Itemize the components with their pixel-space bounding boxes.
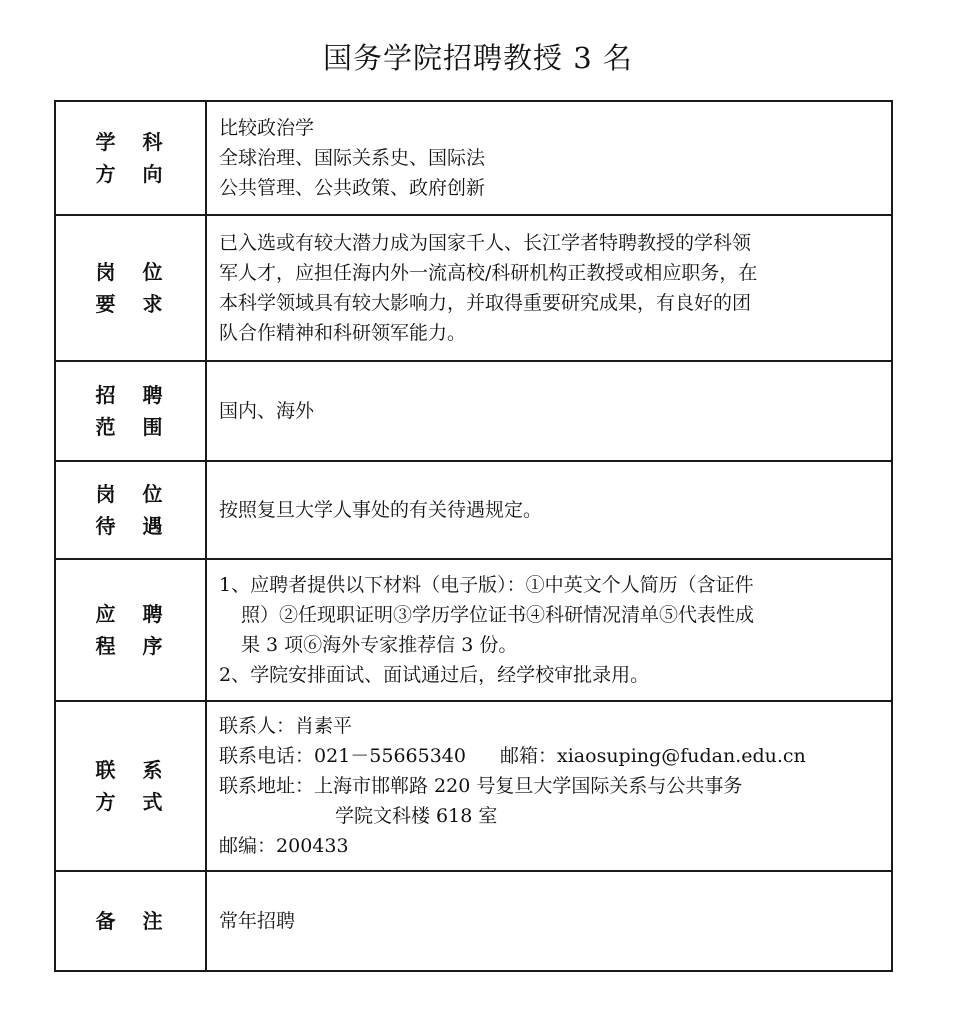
label-requirements: 岗 位 要 求 [55, 215, 206, 361]
email-address[interactable]: xiaosuping@fudan.edu.cn [557, 745, 806, 767]
table-row-contact: 联 系 方 式 联系人：肖素平 联系电话：021－55665340邮箱：xiao… [55, 701, 892, 871]
contact-address: 联系地址：上海市邯郸路 220 号复旦大学国际关系与公共事务 [219, 771, 881, 801]
table-row-requirements: 岗 位 要 求 已入选或有较大潜力成为国家千人、长江学者特聘教授的学科领 军人才… [55, 215, 892, 361]
value-notes: 常年招聘 [206, 871, 892, 971]
contact-postcode: 邮编：200433 [219, 831, 881, 861]
value-contact: 联系人：肖素平 联系电话：021－55665340邮箱：xiaosuping@f… [206, 701, 892, 871]
value-requirements: 已入选或有较大潜力成为国家千人、长江学者特聘教授的学科领 军人才，应担任海内外一… [206, 215, 892, 361]
contact-phone-email: 联系电话：021－55665340邮箱：xiaosuping@fudan.edu… [219, 741, 881, 771]
value-procedure: 1、应聘者提供以下材料（电子版）：①中英文个人简历（含证件 照）②任现职证明③学… [206, 559, 892, 701]
table-row-benefits: 岗 位 待 遇 按照复旦大学人事处的有关待遇规定。 [55, 461, 892, 559]
label-procedure: 应 聘 程 序 [55, 559, 206, 701]
table-row-subject: 学 科 方 向 比较政治学 全球治理、国际关系史、国际法 公共管理、公共政策、政… [55, 101, 892, 215]
table-row-notes: 备 注 常年招聘 [55, 871, 892, 971]
table-row-procedure: 应 聘 程 序 1、应聘者提供以下材料（电子版）：①中英文个人简历（含证件 照）… [55, 559, 892, 701]
value-benefits: 按照复旦大学人事处的有关待遇规定。 [206, 461, 892, 559]
value-scope: 国内、海外 [206, 361, 892, 461]
table-row-scope: 招 聘 范 围 国内、海外 [55, 361, 892, 461]
label-contact: 联 系 方 式 [55, 701, 206, 871]
recruitment-table: 学 科 方 向 比较政治学 全球治理、国际关系史、国际法 公共管理、公共政策、政… [54, 100, 893, 972]
value-subject: 比较政治学 全球治理、国际关系史、国际法 公共管理、公共政策、政府创新 [206, 101, 892, 215]
label-subject: 学 科 方 向 [55, 101, 206, 215]
label-benefits: 岗 位 待 遇 [55, 461, 206, 559]
phone-number: 021－55665340 [314, 745, 466, 767]
label-notes: 备 注 [55, 871, 206, 971]
contact-person: 联系人：肖素平 [219, 711, 881, 741]
page-title: 国务学院招聘教授 3 名 [0, 36, 956, 77]
label-scope: 招 聘 范 围 [55, 361, 206, 461]
